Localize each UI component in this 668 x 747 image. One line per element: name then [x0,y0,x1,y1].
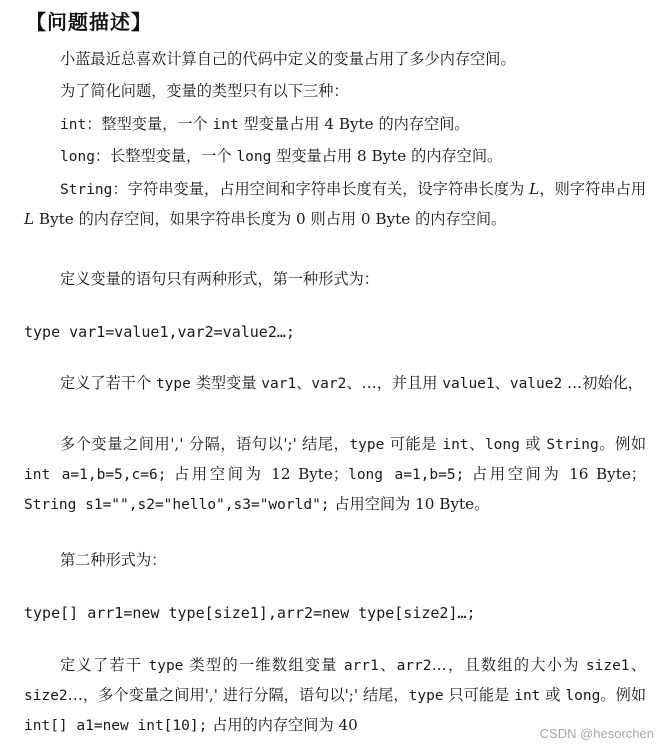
code-inline: arr1 [344,658,379,674]
code-inline: var2 [311,376,346,392]
code-inline: type [156,376,191,392]
text: 或 [540,686,565,704]
text: Byte 的内存空间，如果字符串长度为 0 则占用 0 Byte 的内存空间。 [34,210,506,228]
code-form-2: type[] arr1=new type[size1],arr2=new typ… [24,604,476,622]
code-inline: value2 [510,376,562,392]
text: 。例如 [600,686,646,704]
text: 占用空间为 16 Byte； [464,465,646,483]
problem-title: 【问题描述】 [26,6,152,35]
text: 或 [520,435,547,453]
code-inline: int[] a1=new int[10]; [24,718,207,734]
text: 、 [630,656,646,674]
code-inline: var1 [261,376,296,392]
text: 占用空间为 10 Byte。 [330,495,490,513]
watermark: CSDN @hesorchen [540,726,654,741]
text: 占用的内存空间为 40 [207,716,357,734]
text: 、 [296,374,311,392]
text: 、 [469,435,485,453]
paragraph-form-1-desc: 定义了若干个 type 类型变量 var1、var2、…，并且用 value1、… [24,369,646,399]
text: 只可能是 [444,686,515,704]
text: …，且数组的大小为 [432,656,586,674]
code-inline: int [442,437,468,453]
keyword-long: long [60,149,95,165]
paragraph-int: int：整型变量，一个 int 型变量占用 4 Byte 的内存空间。 [24,110,646,140]
text: 可能是 [384,435,442,453]
code-inline: type [349,437,384,453]
text: ：长整型变量，一个 [95,147,237,165]
text: 类型变量 [191,374,261,392]
code-inline: String s1="",s2="hello",s3="world"; [24,497,330,513]
paragraph-long: long：长整型变量，一个 long 型变量占用 8 Byte 的内存空间。 [24,142,646,172]
code-inline: type [148,658,183,674]
code-inline: long [485,437,520,453]
code-inline: int [514,688,540,704]
text: 型变量占用 8 Byte 的内存空间。 [271,147,502,165]
text: 型变量占用 4 Byte 的内存空间。 [239,115,470,133]
text: 、 [379,656,397,674]
math-l: L [529,180,539,198]
text: …初始化， [562,374,643,392]
code-inline: size2 [24,688,68,704]
code-inline: type [409,688,444,704]
keyword-long: long [236,149,271,165]
paragraph-string: String：字符串变量，占用空间和字符串长度有关，设字符串长度为 L，则字符串… [24,175,646,234]
text: 多个变量之间用',' 分隔，语句以';' 结尾， [60,435,349,453]
text: ：整型变量，一个 [86,115,212,133]
text: 、 [495,374,510,392]
paragraph-intro: 小蓝最近总喜欢计算自己的代码中定义的变量占用了多少内存空间。 [24,45,646,74]
code-form-1: type var1=value1,var2=value2…; [24,323,295,341]
text: 定义了若干个 [60,374,156,392]
keyword-int: int [60,117,86,133]
text: ，则字符串占用 [539,180,646,198]
code-inline: value1 [442,376,494,392]
text: 类型的一维数组变量 [183,656,344,674]
code-inline: int a=1,b=5,c=6; [24,467,166,483]
text: …，多个变量之间用',' 进行分隔，语句以';' 结尾， [68,686,409,704]
text: 、…，并且用 [346,374,442,392]
text: ：字符串变量，占用空间和字符串长度有关，设字符串长度为 [112,180,529,198]
paragraph-form-1-rules: 多个变量之间用',' 分隔，语句以';' 结尾，type 可能是 int、lon… [24,430,646,520]
math-l: L [24,210,34,228]
paragraph-types-intro: 为了简化问题，变量的类型只有以下三种： [24,77,646,106]
code-inline: long a=1,b=5; [348,467,464,483]
text: 。例如 [599,435,646,453]
code-inline: arr2 [397,658,432,674]
keyword-string: String [60,182,112,198]
code-inline: String [546,437,598,453]
code-inline: long [565,688,600,704]
paragraph-form-intro: 定义变量的语句只有两种形式，第一种形式为： [24,265,646,294]
paragraph-form-2-intro: 第二种形式为： [24,546,646,575]
text: 定义了若干 [60,656,148,674]
keyword-int: int [213,117,239,133]
code-inline: size1 [586,658,630,674]
text: 占用空间为 12 Byte； [166,465,348,483]
